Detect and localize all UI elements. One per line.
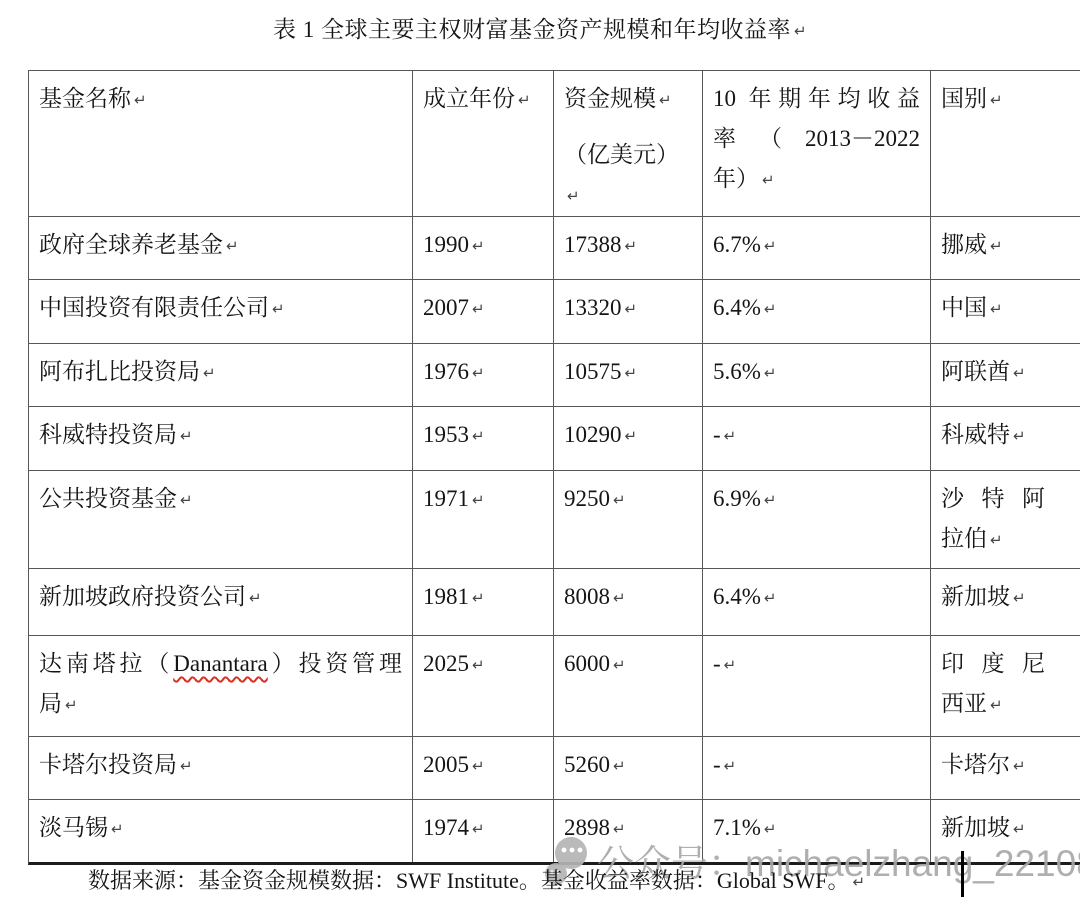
scale-cell: 10290↵ xyxy=(554,407,703,470)
return-value: 5.6% xyxy=(713,359,761,384)
paragraph-mark: ↵ xyxy=(472,757,485,775)
country-value: 中国 xyxy=(941,295,987,320)
fund-name-line2: 局↵ xyxy=(39,684,402,725)
return-cell: -↵ xyxy=(703,636,931,736)
paragraph-mark: ↵ xyxy=(625,427,638,445)
paragraph-mark: ↵ xyxy=(990,696,1003,714)
paragraph-mark: ↵ xyxy=(1013,757,1026,775)
fund-name: 科威特投资局 xyxy=(39,422,177,447)
year-cell: 1981↵ xyxy=(413,569,554,635)
paragraph-mark: ↵ xyxy=(472,364,485,382)
header-country: 国别 xyxy=(941,86,987,111)
country-value: 卡塔尔 xyxy=(941,752,1010,777)
paragraph-mark: ↵ xyxy=(794,22,807,40)
year-value: 1953 xyxy=(423,422,469,447)
header-scale-cell: 资金规模↵ （亿美元）↵ xyxy=(554,71,703,216)
year-value: 1974 xyxy=(423,815,469,840)
country-value: 科威特 xyxy=(941,422,1010,447)
fund-name-text: 达南塔拉（ xyxy=(39,651,173,676)
year-value: 2025 xyxy=(423,651,469,676)
year-cell: 2005↵ xyxy=(413,737,554,799)
header-fund-name: 基金名称 xyxy=(39,86,131,111)
table-row: 科威特投资局↵ 1953↵ 10290↵ -↵ 科威特↵ xyxy=(29,407,1080,471)
document-page[interactable]: 表 1 全球主要主权财富基金资产规模和年均收益率↵ 基金名称↵ 成立年份↵ 资金… xyxy=(0,0,1080,914)
paragraph-mark: ↵ xyxy=(1013,427,1026,445)
fund-name: 公共投资基金 xyxy=(39,486,177,511)
paragraph-mark: ↵ xyxy=(613,757,626,775)
scale-cell: 13320↵ xyxy=(554,280,703,343)
paragraph-mark: ↵ xyxy=(625,364,638,382)
paragraph-mark: ↵ xyxy=(134,91,147,109)
scale-value: 13320 xyxy=(564,295,622,320)
year-value: 1981 xyxy=(423,584,469,609)
paragraph-mark: ↵ xyxy=(472,491,485,509)
country-cell: 阿联酋↵ xyxy=(931,344,1080,406)
year-value: 2007 xyxy=(423,295,469,320)
header-return-line3: 年）↵ xyxy=(713,159,920,200)
year-cell: 1974↵ xyxy=(413,800,554,862)
year-value: 1971 xyxy=(423,486,469,511)
paragraph-mark: ↵ xyxy=(1013,589,1026,607)
paragraph-mark: ↵ xyxy=(518,91,531,109)
return-value: 6.4% xyxy=(713,295,761,320)
table-row: 达南塔拉（Danantara）投资管理 局↵ 2025↵ 6000↵ -↵ 印度… xyxy=(29,636,1080,737)
header-fund-name-cell: 基金名称↵ xyxy=(29,71,413,216)
year-cell: 2007↵ xyxy=(413,280,554,343)
paragraph-mark: ↵ xyxy=(472,427,485,445)
paragraph-mark: ↵ xyxy=(472,300,485,318)
paragraph-mark: ↵ xyxy=(180,427,193,445)
source-note-text: 数据来源：基金资金规模数据：SWF Institute。基金收益率数据：Glob… xyxy=(88,868,849,893)
year-cell: 2025↵ xyxy=(413,636,554,736)
return-cell: 6.4%↵ xyxy=(703,569,931,635)
table-caption: 表 1 全球主要主权财富基金资产规模和年均收益率↵ xyxy=(0,12,1080,49)
paragraph-mark: ↵ xyxy=(990,91,1003,109)
return-value: 6.9% xyxy=(713,486,761,511)
year-value: 1976 xyxy=(423,359,469,384)
country-line2: 西亚↵ xyxy=(941,684,1045,725)
table-row: 卡塔尔投资局↵ 2005↵ 5260↵ -↵ 卡塔尔↵ xyxy=(29,737,1080,800)
table-row: 新加坡政府投资公司↵ 1981↵ 8008↵ 6.4%↵ 新加坡↵ xyxy=(29,569,1080,636)
country-cell: 印度尼 西亚↵ xyxy=(931,636,1080,736)
fund-name-cell: 阿布扎比投资局↵ xyxy=(29,344,413,406)
header-scale-line2: （亿美元）↵ xyxy=(564,135,692,216)
table-row: 中国投资有限责任公司↵ 2007↵ 13320↵ 6.4%↵ 中国↵ xyxy=(29,280,1080,344)
paragraph-mark: ↵ xyxy=(180,757,193,775)
country-cell: 科威特↵ xyxy=(931,407,1080,470)
country-cell: 挪威↵ xyxy=(931,217,1080,279)
text-cursor xyxy=(961,851,964,897)
paragraph-mark: ↵ xyxy=(1013,364,1026,382)
paragraph-mark: ↵ xyxy=(659,91,672,109)
country-line1: 印度尼 xyxy=(941,644,1045,684)
scale-value: 9250 xyxy=(564,486,610,511)
country-value: 挪威 xyxy=(941,232,987,257)
fund-name-line1: 达南塔拉（Danantara）投资管理 xyxy=(39,644,402,684)
return-value: 6.4% xyxy=(713,584,761,609)
scale-value: 10290 xyxy=(564,422,622,447)
scale-value: 6000 xyxy=(564,651,610,676)
fund-name-cell: 新加坡政府投资公司↵ xyxy=(29,569,413,635)
scale-cell: 6000↵ xyxy=(554,636,703,736)
header-row: 基金名称↵ 成立年份↵ 资金规模↵ （亿美元）↵ 10 年期年均收益 率（201… xyxy=(29,71,1080,217)
country-cell: 中国↵ xyxy=(931,280,1080,343)
paragraph-mark: ↵ xyxy=(625,300,638,318)
fund-name-cell: 政府全球养老基金↵ xyxy=(29,217,413,279)
return-value: - xyxy=(713,422,721,447)
paragraph-mark: ↵ xyxy=(724,757,737,775)
fund-name: 淡马锡 xyxy=(39,815,108,840)
paragraph-mark: ↵ xyxy=(472,656,485,674)
paragraph-mark: ↵ xyxy=(990,237,1003,255)
paragraph-mark: ↵ xyxy=(472,589,485,607)
fund-name: 阿布扎比投资局 xyxy=(39,359,200,384)
scale-cell: 5260↵ xyxy=(554,737,703,799)
header-return-text: 年） xyxy=(713,166,759,191)
fund-name-cell: 中国投资有限责任公司↵ xyxy=(29,280,413,343)
scale-value: 10575 xyxy=(564,359,622,384)
paragraph-mark: ↵ xyxy=(762,171,775,189)
fund-name-cell: 达南塔拉（Danantara）投资管理 局↵ xyxy=(29,636,413,736)
paragraph-mark: ↵ xyxy=(203,364,216,382)
return-cell: -↵ xyxy=(703,407,931,470)
header-scale-line1: 资金规模↵ xyxy=(564,79,692,120)
return-cell: 6.7%↵ xyxy=(703,217,931,279)
paragraph-mark: ↵ xyxy=(764,237,777,255)
fund-name-cell: 公共投资基金↵ xyxy=(29,471,413,568)
country-cell: 沙特阿 拉伯↵ xyxy=(931,471,1080,568)
paragraph-mark: ↵ xyxy=(472,237,485,255)
fund-name: 新加坡政府投资公司 xyxy=(39,584,246,609)
country-value: 阿联酋 xyxy=(941,359,1010,384)
paragraph-mark: ↵ xyxy=(625,237,638,255)
return-cell: 6.9%↵ xyxy=(703,471,931,568)
return-cell: -↵ xyxy=(703,737,931,799)
paragraph-mark: ↵ xyxy=(724,656,737,674)
scale-value: 8008 xyxy=(564,584,610,609)
scale-cell: 17388↵ xyxy=(554,217,703,279)
paragraph-mark: ↵ xyxy=(764,491,777,509)
paragraph-mark: ↵ xyxy=(472,820,485,838)
country-value: 新加坡 xyxy=(941,584,1010,609)
paragraph-mark: ↵ xyxy=(764,589,777,607)
fund-name-text: ）投资管理 xyxy=(268,651,402,676)
paragraph-mark: ↵ xyxy=(65,696,78,714)
data-table: 基金名称↵ 成立年份↵ 资金规模↵ （亿美元）↵ 10 年期年均收益 率（201… xyxy=(28,70,1080,865)
paragraph-mark: ↵ xyxy=(764,364,777,382)
paragraph-mark: ↵ xyxy=(180,491,193,509)
scale-cell: 10575↵ xyxy=(554,344,703,406)
country-line1: 沙特阿 xyxy=(941,479,1045,519)
header-scale-text: 资金规模 xyxy=(564,86,656,111)
year-cell: 1971↵ xyxy=(413,471,554,568)
paragraph-mark: ↵ xyxy=(990,531,1003,549)
paragraph-mark: ↵ xyxy=(226,237,239,255)
country-cell: 卡塔尔↵ xyxy=(931,737,1080,799)
paragraph-mark: ↵ xyxy=(249,589,262,607)
paragraph-mark: ↵ xyxy=(567,187,580,205)
scale-value: 5260 xyxy=(564,752,610,777)
country-value: 拉伯 xyxy=(941,526,987,551)
table-row: 政府全球养老基金↵ 1990↵ 17388↵ 6.7%↵ 挪威↵ xyxy=(29,217,1080,280)
paragraph-mark: ↵ xyxy=(613,589,626,607)
year-cell: 1976↵ xyxy=(413,344,554,406)
country-value: 西亚 xyxy=(941,691,987,716)
paragraph-mark: ↵ xyxy=(852,873,865,891)
header-country-cell: 国别↵ xyxy=(931,71,1080,216)
header-return-cell: 10 年期年均收益 率（2013－2022 年）↵ xyxy=(703,71,931,216)
fund-name-cell: 淡马锡↵ xyxy=(29,800,413,862)
paragraph-mark: ↵ xyxy=(764,300,777,318)
paragraph-mark: ↵ xyxy=(990,300,1003,318)
scale-value: 17388 xyxy=(564,232,622,257)
header-return-line2: 率（2013－2022 xyxy=(713,119,920,159)
header-scale-unit: （亿美元） xyxy=(564,142,679,167)
fund-name-text: 局 xyxy=(39,691,62,716)
return-cell: 6.4%↵ xyxy=(703,280,931,343)
header-return-line1: 10 年期年均收益 xyxy=(713,79,920,119)
fund-name: 政府全球养老基金 xyxy=(39,232,223,257)
paragraph-mark: ↵ xyxy=(111,820,124,838)
table-row: 阿布扎比投资局↵ 1976↵ 10575↵ 5.6%↵ 阿联酋↵ xyxy=(29,344,1080,407)
year-value: 2005 xyxy=(423,752,469,777)
source-note: 数据来源：基金资金规模数据：SWF Institute。基金收益率数据：Glob… xyxy=(88,861,865,902)
header-year: 成立年份 xyxy=(423,86,515,111)
return-cell: 5.6%↵ xyxy=(703,344,931,406)
return-value: 6.7% xyxy=(713,232,761,257)
year-cell: 1990↵ xyxy=(413,217,554,279)
fund-name: 卡塔尔投资局 xyxy=(39,752,177,777)
spellcheck-word: Danantara xyxy=(173,651,268,676)
header-year-cell: 成立年份↵ xyxy=(413,71,554,216)
return-value: - xyxy=(713,651,721,676)
table-row: 公共投资基金↵ 1971↵ 9250↵ 6.9%↵ 沙特阿 拉伯↵ xyxy=(29,471,1080,569)
year-cell: 1953↵ xyxy=(413,407,554,470)
paragraph-mark: ↵ xyxy=(613,491,626,509)
country-line2: 拉伯↵ xyxy=(941,519,1045,560)
table-caption-text: 表 1 全球主要主权财富基金资产规模和年均收益率 xyxy=(273,17,791,42)
fund-name-cell: 卡塔尔投资局↵ xyxy=(29,737,413,799)
fund-name: 中国投资有限责任公司 xyxy=(39,295,269,320)
year-value: 1990 xyxy=(423,232,469,257)
paragraph-mark: ↵ xyxy=(272,300,285,318)
country-cell: 新加坡↵ xyxy=(931,569,1080,635)
paragraph-mark: ↵ xyxy=(724,427,737,445)
paragraph-mark: ↵ xyxy=(613,656,626,674)
scale-cell: 9250↵ xyxy=(554,471,703,568)
scale-cell: 8008↵ xyxy=(554,569,703,635)
fund-name-cell: 科威特投资局↵ xyxy=(29,407,413,470)
return-value: - xyxy=(713,752,721,777)
